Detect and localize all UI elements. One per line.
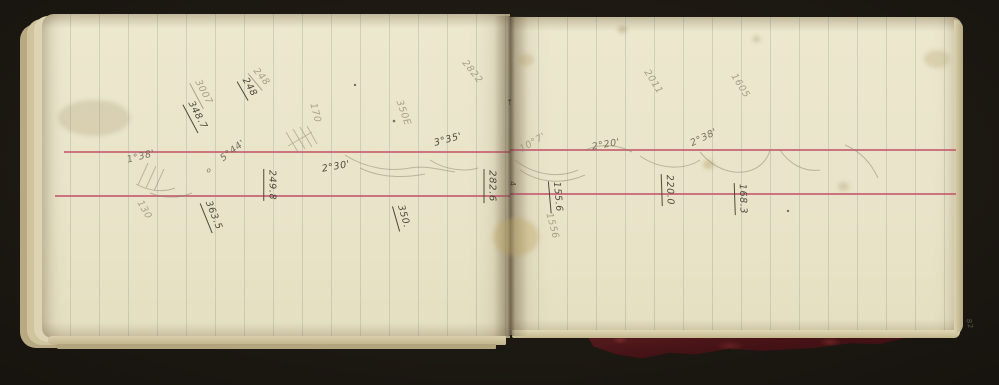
- photo-scene: 3007348.7248248170350E1°38'5°44'o2°30'3°…: [0, 0, 999, 385]
- measurement: 220.0: [661, 174, 675, 207]
- gutter-mark: 4: [508, 180, 517, 187]
- measurement: 2011: [642, 68, 664, 96]
- measurement: 2822: [460, 59, 484, 86]
- annotation-layer: 3007348.7248248170350E1°38'5°44'o2°30'3°…: [0, 0, 999, 385]
- measurement: 130: [135, 199, 153, 221]
- angle: 10°7': [518, 132, 547, 154]
- measurement-erased: 1556: [544, 212, 560, 240]
- measurement: 282.6: [484, 169, 497, 203]
- angle: 3°35': [433, 132, 463, 149]
- measurement: 363.5: [200, 199, 224, 234]
- measurement: 155.6: [548, 180, 563, 213]
- angle: 2°30': [321, 160, 351, 174]
- mark: o: [207, 168, 212, 175]
- measurement: 1605: [729, 72, 751, 100]
- angle: 2°38': [689, 127, 719, 148]
- angle: 2°20': [591, 138, 621, 152]
- measurement: 170: [308, 102, 322, 124]
- angle: 1°38': [126, 149, 156, 165]
- measurement: 350.: [392, 203, 411, 231]
- measurement: 168.3: [734, 183, 748, 216]
- measurement: 249.8: [264, 169, 277, 201]
- measurement: 350E: [394, 99, 412, 127]
- page-number: 82: [964, 318, 973, 330]
- gutter-mark: ↑: [506, 99, 513, 107]
- angle: 5°44': [219, 138, 247, 163]
